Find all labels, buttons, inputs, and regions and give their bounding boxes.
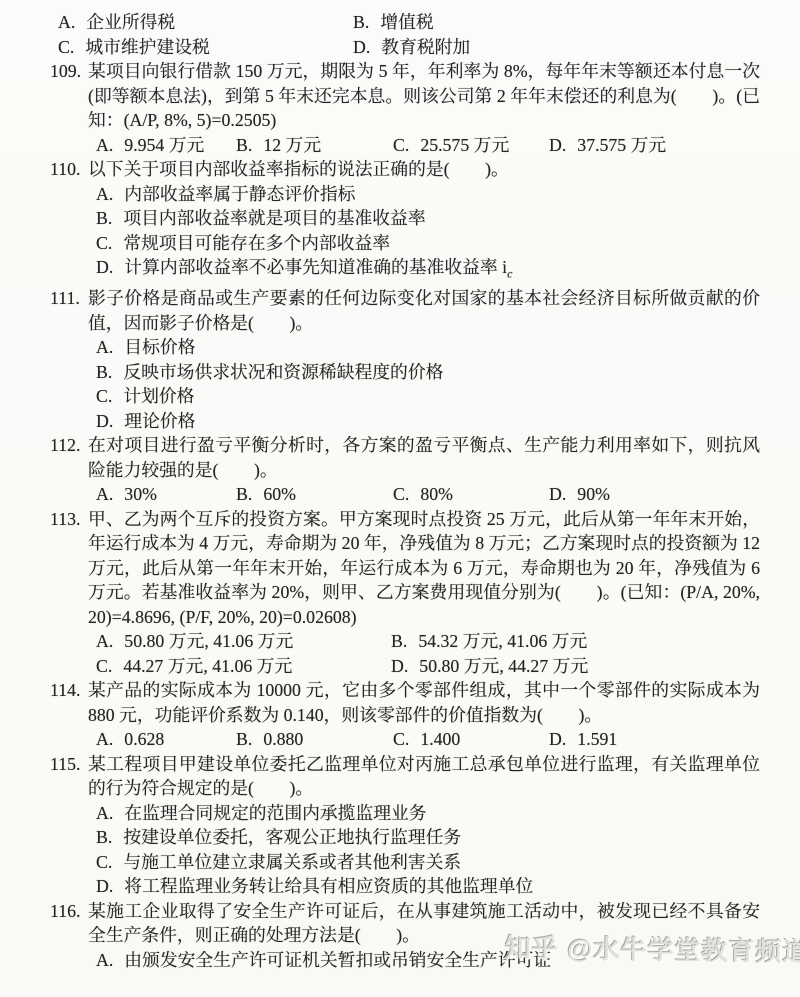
option-text: 0.628 bbox=[124, 729, 164, 749]
option-label: A. bbox=[96, 729, 113, 749]
option-item: C.城市维护建设税 bbox=[58, 35, 353, 60]
option-label: B. bbox=[96, 827, 112, 847]
option-item: D.37.575 万元 bbox=[549, 133, 760, 158]
option-text: 60% bbox=[263, 484, 296, 504]
option-label: A. bbox=[96, 337, 113, 357]
option-text: 企业所得税 bbox=[86, 12, 175, 32]
option-item: C.常规项目可能存在多个内部收益率 bbox=[96, 231, 760, 256]
zhihu-watermark: 知乎 @水牛学堂教育频道 bbox=[505, 936, 800, 965]
option-text: 理论价格 bbox=[124, 411, 195, 431]
option-item: A.内部收益率属于静态评价指标 bbox=[96, 182, 760, 207]
option-label: D. bbox=[549, 729, 566, 749]
scanned-exam-page: A.企业所得税B.增值税C.城市维护建设税D.教育税附加 109. 某项目向银行… bbox=[0, 0, 800, 997]
option-text: 城市维护建设税 bbox=[85, 37, 209, 57]
option-label: D. bbox=[549, 135, 566, 155]
option-text: 50.80 万元, 41.06 万元 bbox=[124, 631, 293, 651]
question-114: 114. 某产品的实际成本为 10000 元，它由多个零部件组成，其中一个零部件… bbox=[50, 678, 760, 752]
option-label: A. bbox=[96, 135, 113, 155]
question-stem: 在对项目进行盈亏平衡分析时，各方案的盈亏平衡点、生产能力利用率如下，则抗风险能力… bbox=[88, 433, 760, 482]
option-label: A. bbox=[96, 484, 113, 504]
option-label: C. bbox=[58, 37, 74, 57]
option-item: D.将工程监理业务转让给具有相应资质的其他监理单位 bbox=[96, 874, 760, 899]
option-label: B. bbox=[96, 362, 112, 382]
option-item: A.0.628 bbox=[96, 727, 236, 752]
question-body: 某项目向银行借款 150 万元，期限为 5 年，年利率为 8%，每年年末等额还本… bbox=[88, 59, 760, 157]
question-stem: 以下关于项目内部收益率指标的说法正确的是( )。 bbox=[88, 157, 760, 182]
question-111: 111. 影子价格是商品或生产要素的任何边际变化对国家的基本社会经济目标所做贡献… bbox=[50, 286, 760, 433]
question-stem: 甲、乙为两个互斥的投资方案。甲方案现时点投资 25 万元，此后从第一年年末开始，… bbox=[88, 507, 760, 630]
option-text: 12 万元 bbox=[263, 135, 321, 155]
question-number: 111. bbox=[50, 286, 86, 433]
option-text: 教育税附加 bbox=[381, 37, 470, 57]
option-text: 在监理合同规定的范围内承揽监理业务 bbox=[124, 803, 426, 823]
question-number: 109. bbox=[50, 59, 86, 157]
option-text: 37.575 万元 bbox=[577, 135, 666, 155]
question-stem: 某工程项目甲建设单位委托乙监理单位对丙施工总承包单位进行监理，有关监理单位的行为… bbox=[88, 752, 760, 801]
option-text: 80% bbox=[420, 484, 453, 504]
option-item: A.在监理合同规定的范围内承揽监理业务 bbox=[96, 801, 760, 826]
option-item: B.按建设单位委托，客观公正地执行监理任务 bbox=[96, 825, 760, 850]
option-item: A.9.954 万元 bbox=[96, 133, 236, 158]
option-label: D. bbox=[96, 876, 113, 896]
option-item: C.25.575 万元 bbox=[393, 133, 549, 158]
option-label: B. bbox=[236, 484, 252, 504]
option-item: B.增值税 bbox=[353, 10, 760, 35]
option-label: B. bbox=[96, 208, 112, 228]
question-115: 115. 某工程项目甲建设单位委托乙监理单位对丙施工总承包单位进行监理，有关监理… bbox=[50, 752, 760, 899]
option-item: B.0.880 bbox=[236, 727, 393, 752]
option-label: A. bbox=[96, 950, 113, 970]
options-group: A.50.80 万元, 41.06 万元B.54.32 万元, 41.06 万元… bbox=[96, 629, 760, 678]
options-group: A.9.954 万元B.12 万元C.25.575 万元D.37.575 万元 bbox=[96, 133, 760, 158]
option-label: C. bbox=[96, 233, 112, 253]
question-body: 甲、乙为两个互斥的投资方案。甲方案现时点投资 25 万元，此后从第一年年末开始，… bbox=[88, 507, 760, 679]
option-label: B. bbox=[353, 12, 369, 32]
option-label: C. bbox=[393, 135, 409, 155]
question-body: 以下关于项目内部收益率指标的说法正确的是( )。 A.内部收益率属于静态评价指标… bbox=[88, 157, 760, 286]
option-item: D.教育税附加 bbox=[353, 35, 760, 60]
option-text: 与施工单位建立隶属关系或者其他利害关系 bbox=[123, 852, 461, 872]
option-text: 目标价格 bbox=[124, 337, 195, 357]
option-item: B.项目内部收益率就是项目的基准收益率 bbox=[96, 206, 760, 231]
question-110: 110. 以下关于项目内部收益率指标的说法正确的是( )。 A.内部收益率属于静… bbox=[50, 157, 760, 286]
option-label: A. bbox=[96, 184, 113, 204]
question-stem: 某项目向银行借款 150 万元，期限为 5 年，年利率为 8%，每年年末等额还本… bbox=[88, 59, 760, 133]
option-label: C. bbox=[96, 852, 112, 872]
option-item: A.目标价格 bbox=[96, 335, 760, 360]
options-group: A.30%B.60%C.80%D.90% bbox=[96, 482, 760, 507]
option-text: 计划价格 bbox=[123, 386, 194, 406]
option-text: 常规项目可能存在多个内部收益率 bbox=[123, 233, 390, 253]
option-text: 0.880 bbox=[263, 729, 303, 749]
option-text: 1.400 bbox=[420, 729, 460, 749]
option-label: C. bbox=[96, 656, 112, 676]
option-label: B. bbox=[236, 729, 252, 749]
option-item: B.60% bbox=[236, 482, 393, 507]
option-label: D. bbox=[353, 37, 370, 57]
option-item: C.与施工单位建立隶属关系或者其他利害关系 bbox=[96, 850, 760, 875]
option-label: D. bbox=[96, 257, 113, 277]
option-text: 反映市场供求状况和资源稀缺程度的价格 bbox=[123, 362, 443, 382]
question-109: 109. 某项目向银行借款 150 万元，期限为 5 年，年利率为 8%，每年年… bbox=[50, 59, 760, 157]
question-stem: 某产品的实际成本为 10000 元，它由多个零部件组成，其中一个零部件的实际成本… bbox=[88, 678, 760, 727]
option-text: 增值税 bbox=[380, 12, 433, 32]
options-group: A.目标价格B.反映市场供求状况和资源稀缺程度的价格C.计划价格D.理论价格 bbox=[96, 335, 760, 433]
option-text: 项目内部收益率就是项目的基准收益率 bbox=[123, 208, 425, 228]
option-label: A. bbox=[58, 12, 75, 32]
options-group: A.内部收益率属于静态评价指标B.项目内部收益率就是项目的基准收益率C.常规项目… bbox=[96, 182, 760, 287]
option-label: D. bbox=[549, 484, 566, 504]
option-item: D.1.591 bbox=[549, 727, 760, 752]
option-text: 54.32 万元, 41.06 万元 bbox=[418, 631, 587, 651]
option-item: C.44.27 万元, 41.06 万元 bbox=[96, 654, 391, 679]
question-body: 影子价格是商品或生产要素的任何边际变化对国家的基本社会经济目标所做贡献的价值，因… bbox=[88, 286, 760, 433]
question-body: 某产品的实际成本为 10000 元，它由多个零部件组成，其中一个零部件的实际成本… bbox=[88, 678, 760, 752]
question-number: 116. bbox=[50, 899, 86, 973]
option-item: C.80% bbox=[393, 482, 549, 507]
option-label: C. bbox=[96, 386, 112, 406]
option-text: 将工程监理业务转让给具有相应资质的其他监理单位 bbox=[124, 876, 533, 896]
option-text: 90% bbox=[577, 484, 610, 504]
option-subscript: c bbox=[507, 267, 512, 281]
option-label: D. bbox=[391, 656, 408, 676]
option-item: A.50.80 万元, 41.06 万元 bbox=[96, 629, 391, 654]
option-text: 30% bbox=[124, 484, 157, 504]
question-number: 110. bbox=[50, 157, 86, 286]
option-item: C.计划价格 bbox=[96, 384, 760, 409]
option-label: B. bbox=[391, 631, 407, 651]
option-item: D.理论价格 bbox=[96, 409, 760, 434]
options-group: A.0.628B.0.880C.1.400D.1.591 bbox=[96, 727, 760, 752]
option-item: D.90% bbox=[549, 482, 760, 507]
option-label: C. bbox=[393, 729, 409, 749]
option-label: B. bbox=[236, 135, 252, 155]
option-item: A.企业所得税 bbox=[58, 10, 353, 35]
option-item: B.54.32 万元, 41.06 万元 bbox=[391, 629, 760, 654]
option-label: C. bbox=[393, 484, 409, 504]
option-label: A. bbox=[96, 631, 113, 651]
option-item: D.计算内部收益率不必事先知道准确的基准收益率 ic bbox=[96, 255, 760, 286]
option-text: 内部收益率属于静态评价指标 bbox=[124, 184, 355, 204]
options-group: A.在监理合同规定的范围内承揽监理业务B.按建设单位委托，客观公正地执行监理任务… bbox=[96, 801, 760, 899]
question-number: 115. bbox=[50, 752, 86, 899]
option-item: C.1.400 bbox=[393, 727, 549, 752]
option-text: 由颁发安全生产许可证机关暂扣或吊销安全生产许可证 bbox=[124, 950, 551, 970]
option-text: 9.954 万元 bbox=[124, 135, 204, 155]
question-number: 113. bbox=[50, 507, 86, 679]
option-text: 按建设单位委托，客观公正地执行监理任务 bbox=[123, 827, 461, 847]
option-label: A. bbox=[96, 803, 113, 823]
question-list: 109. 某项目向银行借款 150 万元，期限为 5 年，年利率为 8%，每年年… bbox=[50, 59, 760, 972]
option-text: 计算内部收益率不必事先知道准确的基准收益率 i bbox=[124, 257, 507, 277]
option-text: 25.575 万元 bbox=[420, 135, 509, 155]
option-text: 50.80 万元, 44.27 万元 bbox=[419, 656, 588, 676]
question-113: 113. 甲、乙为两个互斥的投资方案。甲方案现时点投资 25 万元，此后从第一年… bbox=[50, 507, 760, 679]
question-number: 112. bbox=[50, 433, 86, 507]
question-body: 某工程项目甲建设单位委托乙监理单位对丙施工总承包单位进行监理，有关监理单位的行为… bbox=[88, 752, 760, 899]
option-text: 1.591 bbox=[577, 729, 617, 749]
question-body: 在对项目进行盈亏平衡分析时，各方案的盈亏平衡点、生产能力利用率如下，则抗风险能力… bbox=[88, 433, 760, 507]
carryover-options: A.企业所得税B.增值税C.城市维护建设税D.教育税附加 bbox=[58, 10, 760, 59]
option-label: D. bbox=[96, 411, 113, 431]
option-item: B.12 万元 bbox=[236, 133, 393, 158]
question-stem: 影子价格是商品或生产要素的任何边际变化对国家的基本社会经济目标所做贡献的价值，因… bbox=[88, 286, 760, 335]
option-item: D.50.80 万元, 44.27 万元 bbox=[391, 654, 760, 679]
option-item: B.反映市场供求状况和资源稀缺程度的价格 bbox=[96, 360, 760, 385]
option-item: A.30% bbox=[96, 482, 236, 507]
option-text: 44.27 万元, 41.06 万元 bbox=[123, 656, 292, 676]
question-112: 112. 在对项目进行盈亏平衡分析时，各方案的盈亏平衡点、生产能力利用率如下，则… bbox=[50, 433, 760, 507]
question-number: 114. bbox=[50, 678, 86, 752]
